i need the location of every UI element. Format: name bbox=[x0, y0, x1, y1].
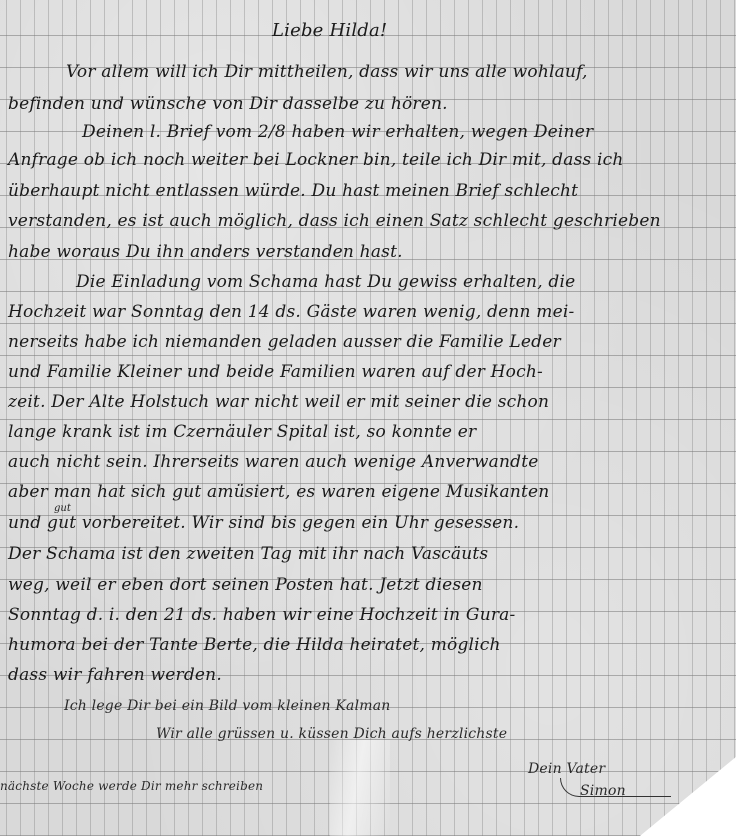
letter-line: zeit. Der Alte Holstuch war nicht weil e… bbox=[8, 394, 549, 411]
letter-line: Deinen l. Brief vom 2/8 haben wir erhalt… bbox=[82, 124, 593, 141]
letter-line: weg, weil er eben dort seinen Posten hat… bbox=[8, 577, 483, 594]
letter-line: habe woraus Du ihn anders verstanden has… bbox=[8, 244, 403, 261]
letter-line: Hochzeit war Sonntag den 14 ds. Gäste wa… bbox=[8, 304, 574, 321]
letter-line: Der Schama ist den zweiten Tag mit ihr n… bbox=[8, 546, 488, 563]
letter-line: Die Einladung vom Schama hast Du gewiss … bbox=[76, 274, 575, 291]
letter-line: lange krank ist im Czernäuler Spital ist… bbox=[8, 424, 476, 441]
letter-line: humora bei der Tante Berte, die Hilda he… bbox=[8, 637, 501, 654]
letter-line: aber man hat sich gut amüsiert, es waren… bbox=[8, 484, 549, 501]
letter-line: befinden und wünsche von Dir dasselbe zu… bbox=[8, 96, 448, 113]
signature-flourish bbox=[560, 778, 671, 797]
letter-line: dass wir fahren werden. bbox=[8, 667, 222, 684]
margin-note: nächste Woche werde Dir mehr schreiben bbox=[0, 780, 263, 792]
letter-line: und gut vorbereitet. Wir sind bis gegen … bbox=[8, 515, 519, 532]
closing: Wir alle grüssen u. küssen Dich aufs her… bbox=[156, 727, 507, 741]
letter-line: auch nicht sein. Ihrerseits waren auch w… bbox=[8, 454, 539, 471]
enclosure-note: Ich lege Dir bei ein Bild vom kleinen Ka… bbox=[64, 699, 390, 713]
letter-line: nerseits habe ich niemanden geladen auss… bbox=[8, 334, 561, 351]
letter-line: Vor allem will ich Dir mittheilen, dass … bbox=[66, 64, 588, 81]
letter-line: Sonntag d. i. den 21 ds. haben wir eine … bbox=[8, 607, 515, 624]
signature-line-1: Dein Vater bbox=[528, 762, 605, 776]
letter-line: verstanden, es ist auch möglich, dass ic… bbox=[8, 213, 661, 230]
letter-line: überhaupt nicht entlassen würde. Du hast… bbox=[8, 183, 578, 200]
letter-line: und Familie Kleiner und beide Familien w… bbox=[8, 364, 543, 381]
letter-line: Anfrage ob ich noch weiter bei Lockner b… bbox=[8, 152, 624, 169]
salutation: Liebe Hilda! bbox=[272, 22, 387, 40]
